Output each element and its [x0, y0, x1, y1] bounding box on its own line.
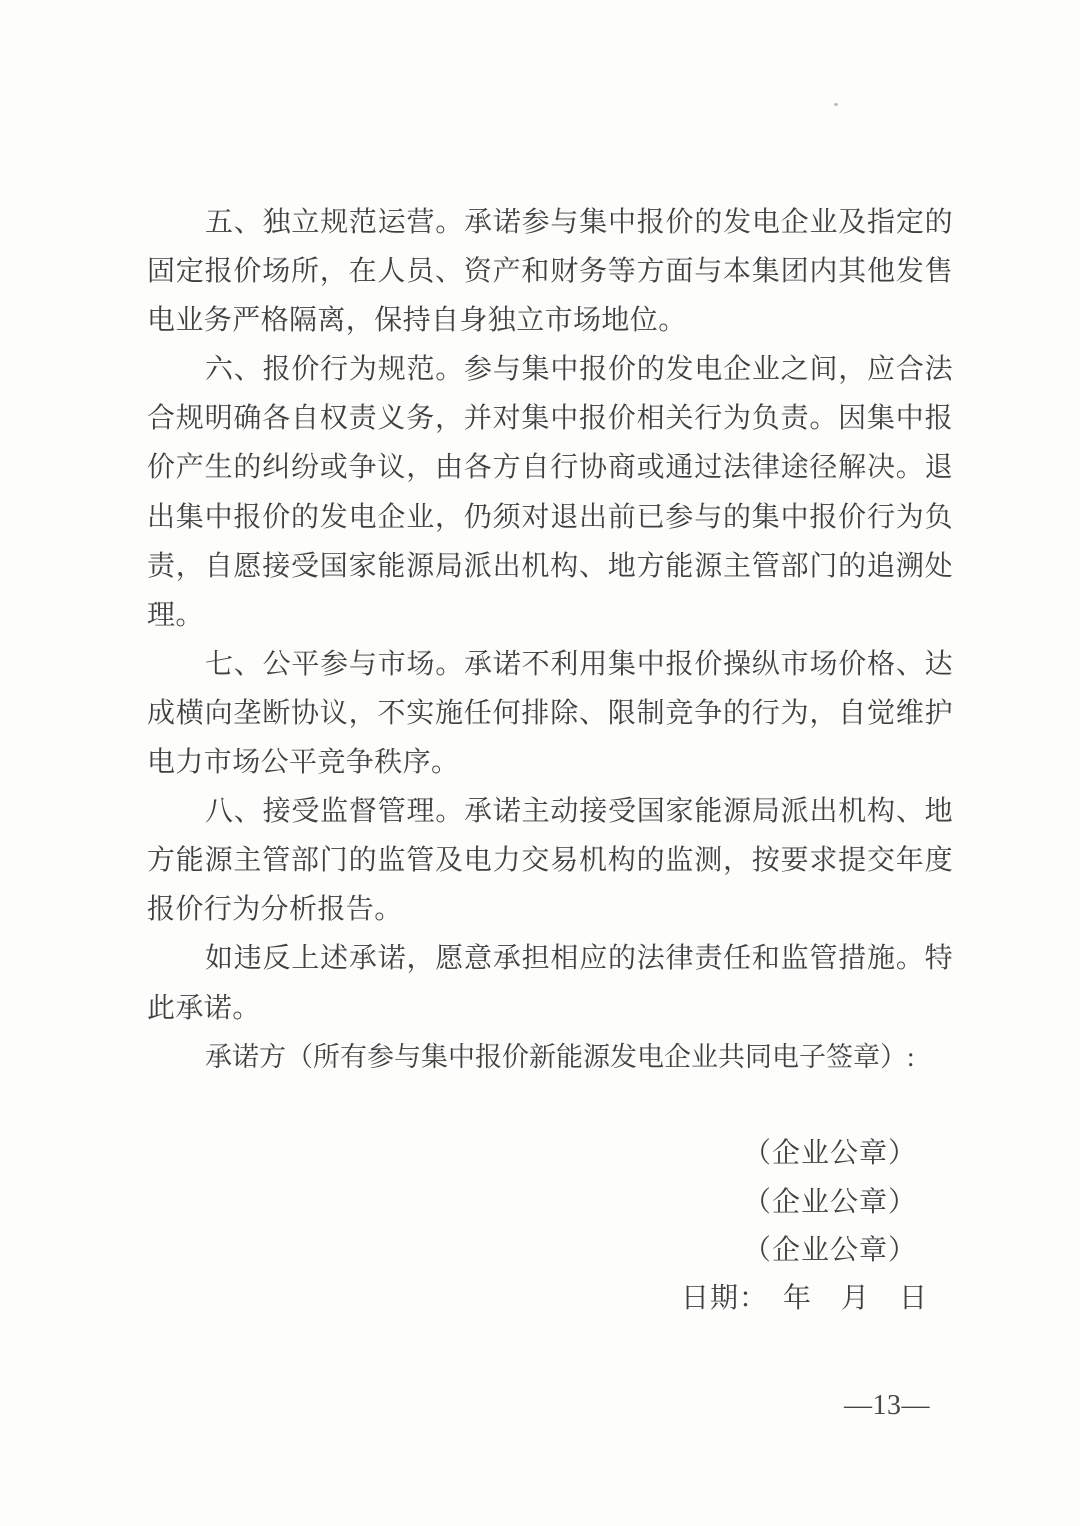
body-line: 电力市场公平竞争秩序。 — [147, 738, 953, 787]
body-line-violation-clause: 如违反上述承诺，愿意承担相应的法律责任和监管措施。特 — [147, 934, 953, 983]
body-line: 价产生的纠纷或争议，由各方自行协商或通过法律途径解决。退 — [147, 443, 953, 492]
body-line-clause-8-start: 八、接受监督管理。承诺主动接受国家能源局派出机构、地 — [147, 787, 953, 836]
body-line-signatory: 承诺方（所有参与集中报价新能源发电企业共同电子签章）: — [147, 1033, 953, 1082]
page-number: —13— — [844, 1391, 930, 1421]
body-line: 电业务严格隔离，保持自身独立市场地位。 — [147, 296, 953, 345]
body-line: 报价行为分析报告。 — [147, 885, 953, 934]
scan-artifact-speck — [834, 103, 838, 106]
body-line: 此承诺。 — [147, 984, 953, 1033]
body-line-clause-5-start: 五、独立规范运营。承诺参与集中报价的发电企业及指定的 — [147, 198, 953, 247]
company-seal-placeholder: （企业公章） — [743, 1130, 917, 1179]
company-seal-placeholder: （企业公章） — [743, 1179, 917, 1228]
date-line: 日期： 年 月 日 — [681, 1274, 928, 1323]
body-line: 出集中报价的发电企业，仍须对退出前已参与的集中报价行为负 — [147, 493, 953, 542]
scanned-document-page: 五、独立规范运营。承诺参与集中报价的发电企业及指定的 固定报价场所，在人员、资产… — [0, 0, 1080, 1526]
body-line-clause-7-start: 七、公平参与市场。承诺不利用集中报价操纵市场价格、达 — [147, 640, 953, 689]
body-line: 固定报价场所，在人员、资产和财务等方面与本集团内其他发售 — [147, 247, 953, 296]
body-line: 合规明确各自权责义务，并对集中报价相关行为负责。因集中报 — [147, 394, 953, 443]
body-line: 责，自愿接受国家能源局派出机构、地方能源主管部门的追溯处 — [147, 542, 953, 591]
body-line-clause-6-start: 六、报价行为规范。参与集中报价的发电企业之间，应合法 — [147, 345, 953, 394]
body-line: 成横向垄断协议，不实施任何排除、限制竞争的行为，自觉维护 — [147, 689, 953, 738]
body-line: 理。 — [147, 591, 953, 640]
company-seal-block: （企业公章） （企业公章） （企业公章） — [743, 1130, 917, 1276]
scan-artifact-speck — [330, 1061, 333, 1064]
document-body: 五、独立规范运营。承诺参与集中报价的发电企业及指定的 固定报价场所，在人员、资产… — [147, 198, 953, 1082]
body-line: 方能源主管部门的监管及电力交易机构的监测，按要求提交年度 — [147, 836, 953, 885]
company-seal-placeholder: （企业公章） — [743, 1227, 917, 1276]
